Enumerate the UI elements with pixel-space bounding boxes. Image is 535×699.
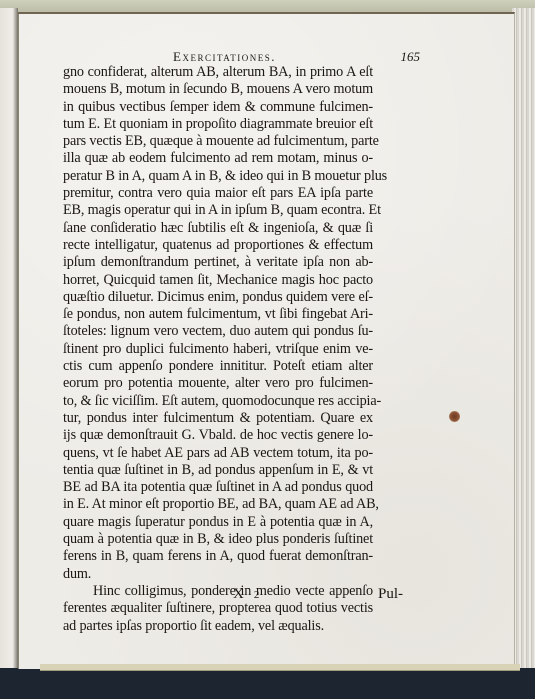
text-line: ſane conſideratio hæc ſubtilis eſt & ing… [63, 220, 373, 237]
text-line: pars vectis EB, quæque à mouente ad fulc… [63, 133, 373, 150]
text-line: ſtoteles: lignum vero vectem, duo autem … [63, 323, 373, 340]
text-line: tum E. Et quoniam in propoſito diagramma… [63, 116, 373, 133]
text-line: illa quæ ab eodem fulcimento ad rem mota… [63, 150, 373, 167]
foxing-stain [449, 411, 460, 422]
text-line: mouens B, motum in ſecundo B, mouens A v… [63, 81, 373, 98]
text-line: ctis cum appenſo pondere innititur. Pote… [63, 358, 373, 375]
text-line: quam à potentia quæ in B, & ideo plus po… [63, 531, 373, 548]
text-line: ſe pondus, non autem fulcimentum, vt ſib… [63, 306, 373, 323]
text-line: gno confiderat, alterum AB, alterum BA, … [63, 64, 373, 81]
text-line: to, & ſic viciſſim. Eſt autem, quomodocu… [63, 393, 373, 410]
signature-number: 2 [254, 589, 262, 601]
catchword: Pul- [378, 586, 403, 603]
text-line: in E. At minor eſt proportio BE, ad BA, … [63, 496, 373, 513]
page-number: 165 [401, 49, 421, 65]
text-line: ſtinent pro duplici fulcimento haberi, v… [63, 341, 373, 358]
text-line: horret, Quicquid tamen ſit, Mechanice ma… [63, 272, 373, 289]
page-stack-edges [512, 8, 535, 668]
page-footer: X2 Pul- [63, 586, 403, 606]
body-text: gno confiderat, alterum AB, alterum BA, … [63, 64, 373, 635]
signature-letter: X [233, 586, 246, 602]
signature-mark: X2 [233, 586, 261, 603]
text-line: quens, vt ſe habet AE pars ad AB vectem … [63, 445, 373, 462]
book-bottom-edge [40, 664, 520, 671]
text-line: peratur B in A, quam A in B, & ideo qui … [63, 168, 373, 185]
text-line: ferens in B, quam ferens in A, quod fuer… [63, 548, 373, 565]
text-line: dum. [63, 566, 373, 583]
text-line: tentia quæ ſuſtinet in B, ad pondus appe… [63, 462, 373, 479]
text-line: BE ad BA ita potentia quæ ſuſtinet in A … [63, 479, 373, 496]
running-title: Exercitationes. [173, 49, 276, 65]
text-line: ijs quæ demonſtrauit G. Vbald. de hoc ve… [63, 427, 373, 444]
text-line: premitur, contra vero quia maior eſt par… [63, 185, 373, 202]
text-line: tur, pondus inter fulcimentum & potentia… [63, 410, 373, 427]
text-line: ad partes ipſas proportio ſit eadem, vel… [63, 618, 373, 635]
left-page-edge [0, 8, 18, 668]
text-line: EB, magis operatur qui in A in ipſum B, … [63, 202, 373, 219]
text-line: quare magis ſuperatur pondus in E à pote… [63, 514, 373, 531]
text-line: recte intelligatur, quatenus ad proporti… [63, 237, 373, 254]
text-line: ipſum demonſtrandum pertinet, à veritate… [63, 254, 373, 271]
text-line: eorum pro potentia mouente, alter vero p… [63, 375, 373, 392]
text-line: quæſtio diluetur. Dicimus enim, pondus q… [63, 289, 373, 306]
text-line: in quibus vectibus ſemper idem & commune… [63, 99, 373, 116]
